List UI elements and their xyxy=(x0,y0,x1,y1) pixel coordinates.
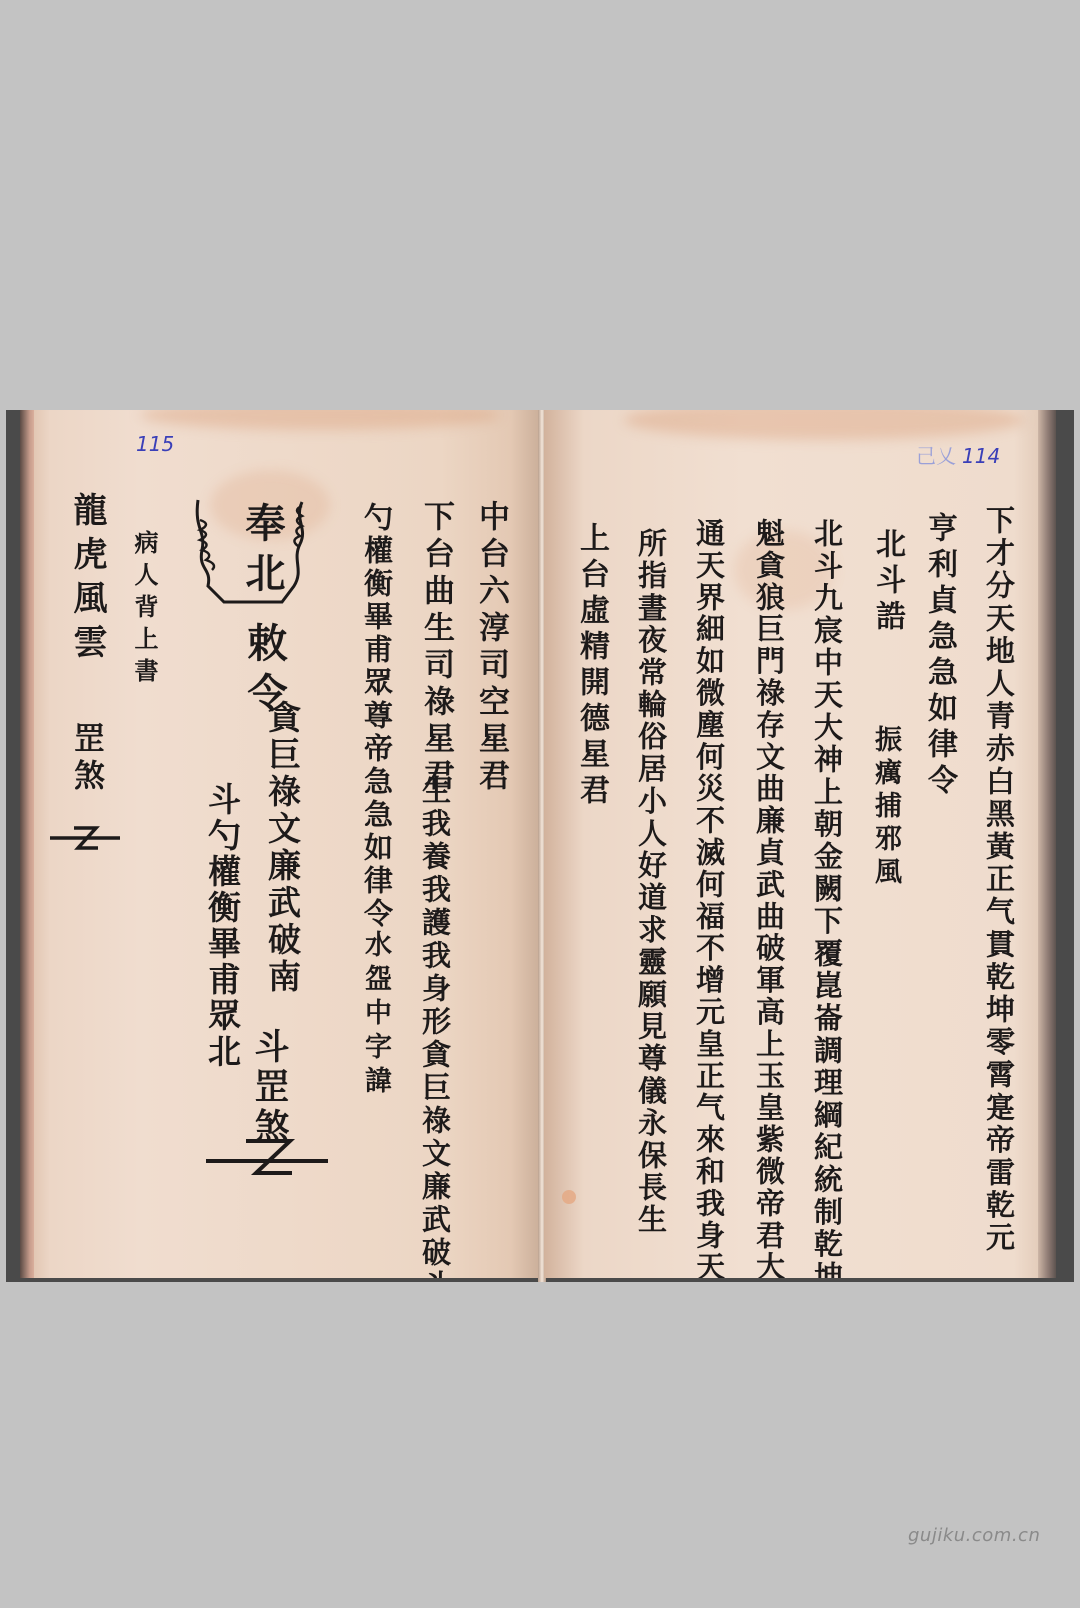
text-column: 中台六淳司空星君 xyxy=(475,500,506,796)
text-column: 勺權衡畢甫眾尊帝急急如律令 xyxy=(362,502,391,931)
text-column: 貪巨祿文廉武破南 xyxy=(266,700,299,996)
text-column: 罡煞 xyxy=(70,722,101,796)
archive-stamp: 己乂 xyxy=(916,444,956,468)
text-column: 北斗九宸中天大神上朝金闕下覆崑崙調理綱紀統制乾坤大 xyxy=(812,518,841,1278)
left-page: 115 中台六淳司空星君 下台曲生司祿星君 生我養我護我身形貪巨祿文廉武破斗 勺… xyxy=(20,410,542,1278)
text-column: 生我養我護我身形貪巨祿文廉武破斗 xyxy=(420,775,449,1278)
page-edge xyxy=(1038,410,1056,1278)
text-column: 上台虛精開德星君 xyxy=(576,522,606,810)
page-number: 己乂114 xyxy=(916,440,1000,469)
text-column: 下才分天地人青赤白黑黃正气貫乾坤零霄寔帝雷乾元 xyxy=(984,505,1013,1255)
right-page: 己乂114 下才分天地人青赤白黑黃正气貫乾坤零霄寔帝雷乾元 亨利貞急急如律令 北… xyxy=(544,410,1056,1278)
book-spread: 115 中台六淳司空星君 下台曲生司祿星君 生我養我護我身形貪巨祿文廉武破斗 勺… xyxy=(6,410,1074,1282)
page-edge xyxy=(20,410,34,1278)
water-stain xyxy=(140,410,500,430)
text-column: 斗罡煞 xyxy=(252,1028,287,1148)
text-column: 振癘捕邪風 xyxy=(872,725,899,890)
page-number-value: 114 xyxy=(962,444,1000,468)
talisman-heading: 奉北 xyxy=(242,502,282,602)
section-heading: 北斗誥 xyxy=(872,528,902,636)
talisman-tail-symbol-icon xyxy=(202,1135,332,1179)
text-column: 通天界細如微塵何災不滅何福不增元皇正气來和我身天罡 xyxy=(694,518,723,1278)
page-number: 115 xyxy=(136,432,174,456)
text-column: 斗勺權衡畢甫眾北 xyxy=(206,782,239,1070)
text-column: 下台曲生司祿星君 xyxy=(420,500,451,796)
talisman-tail-symbol-icon xyxy=(48,822,122,852)
stain-dot xyxy=(562,1190,576,1204)
text-column: 魁貪狼巨門祿存文曲廉貞武曲破軍高上玉皇紫微帝君大 xyxy=(754,518,783,1278)
water-stain xyxy=(624,410,1024,440)
text-column: 病人背上書 xyxy=(132,530,156,690)
site-watermark: gujiku.com.cn xyxy=(908,1525,1040,1546)
text-column: 水盌中字諱 xyxy=(362,930,389,1100)
text-column: 亨利貞急急如律令 xyxy=(924,512,954,800)
text-column: 龍虎風雲 xyxy=(70,492,104,668)
text-column: 所指晝夜常輪俗居小人好道求靈願見尊儀永保長生 xyxy=(636,528,665,1236)
